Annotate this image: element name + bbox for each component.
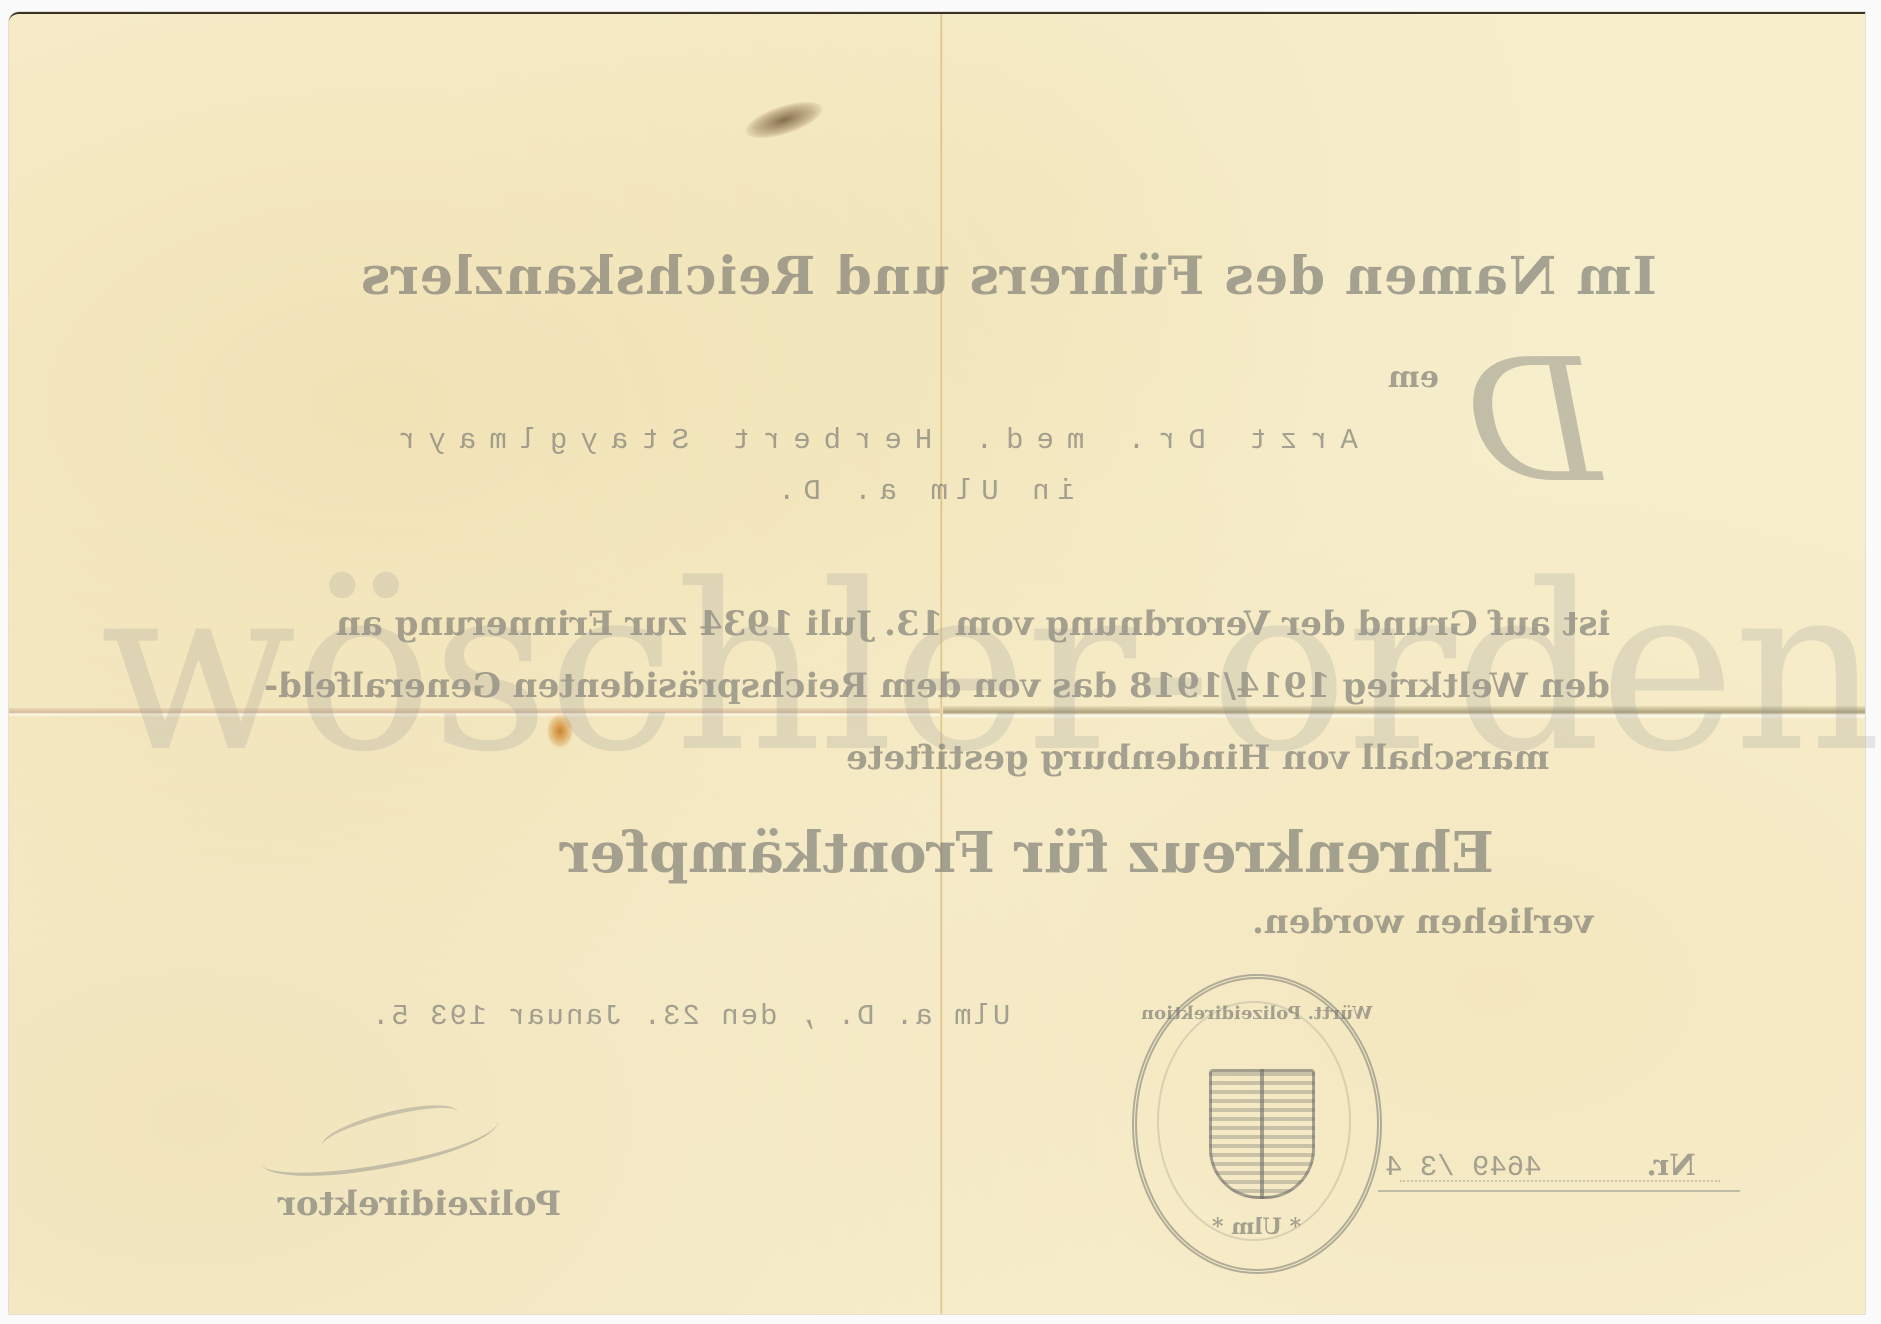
stamp-text-top: Württ. Polizeidirektion [1137, 999, 1377, 1025]
signatory-title: Polizeidirektor [278, 1184, 561, 1224]
official-stamp: Württ. Polizeidirektion * Ulm * [1132, 974, 1382, 1274]
recipient-name-text: Arzt Dr. med. Herbert Stayglmayr [385, 424, 1358, 457]
stamp-top-label: Württ. Polizeidirektion [1141, 1003, 1373, 1024]
recipient-city-text: in Ulm a. D. [770, 475, 1075, 508]
header-text: Im Namen des Führers und Reichskanzlers [360, 246, 1657, 307]
award-name-text: Ehrenkreuz für Frontkämpfer [560, 820, 1494, 886]
initial-letter: D [1465, 342, 1601, 502]
place-date-text: Ulm a. D. , den 23. Januar 193 5. [370, 1000, 1010, 1033]
salutation-text: em [1388, 360, 1439, 395]
watermark: wöschler-orden.de [100, 555, 1800, 785]
certificate-header: Im Namen des Führers und Reichskanzlers [360, 246, 1495, 307]
salutation-rest: em [1388, 360, 1439, 395]
recipient-name: Arzt Dr. med. Herbert Stayglmayr [385, 424, 1358, 457]
number-label: Nr. [1646, 1148, 1695, 1182]
award-name: Ehrenkreuz für Frontkämpfer [560, 820, 1320, 886]
dark-smudge-stain [742, 94, 827, 145]
recipient-city: in Ulm a. D. [770, 475, 1075, 508]
document-number-mirrored: Nr. 4649 /3 4 [1385, 1148, 1696, 1184]
coat-of-arms-icon [1209, 1069, 1315, 1199]
stamp-text-bottom: * Ulm * [1137, 1214, 1377, 1240]
place-and-date: Ulm a. D. , den 23. Januar 193 5. [255, 1000, 1125, 1033]
number-dotted-line [1400, 1180, 1720, 1182]
number-underline [1378, 1190, 1740, 1192]
closing-text: verliehen worden. [1252, 902, 1594, 942]
signatory-title-text: Polizeidirektor [278, 1184, 561, 1224]
document-number: Nr. 4649 /3 4 [1385, 1148, 1755, 1184]
ornamental-initial-d: D [1458, 342, 1608, 502]
stamp-bottom-label: * Ulm * [1212, 1214, 1301, 1240]
closing-text-value: verliehen worden. [1252, 902, 1594, 942]
